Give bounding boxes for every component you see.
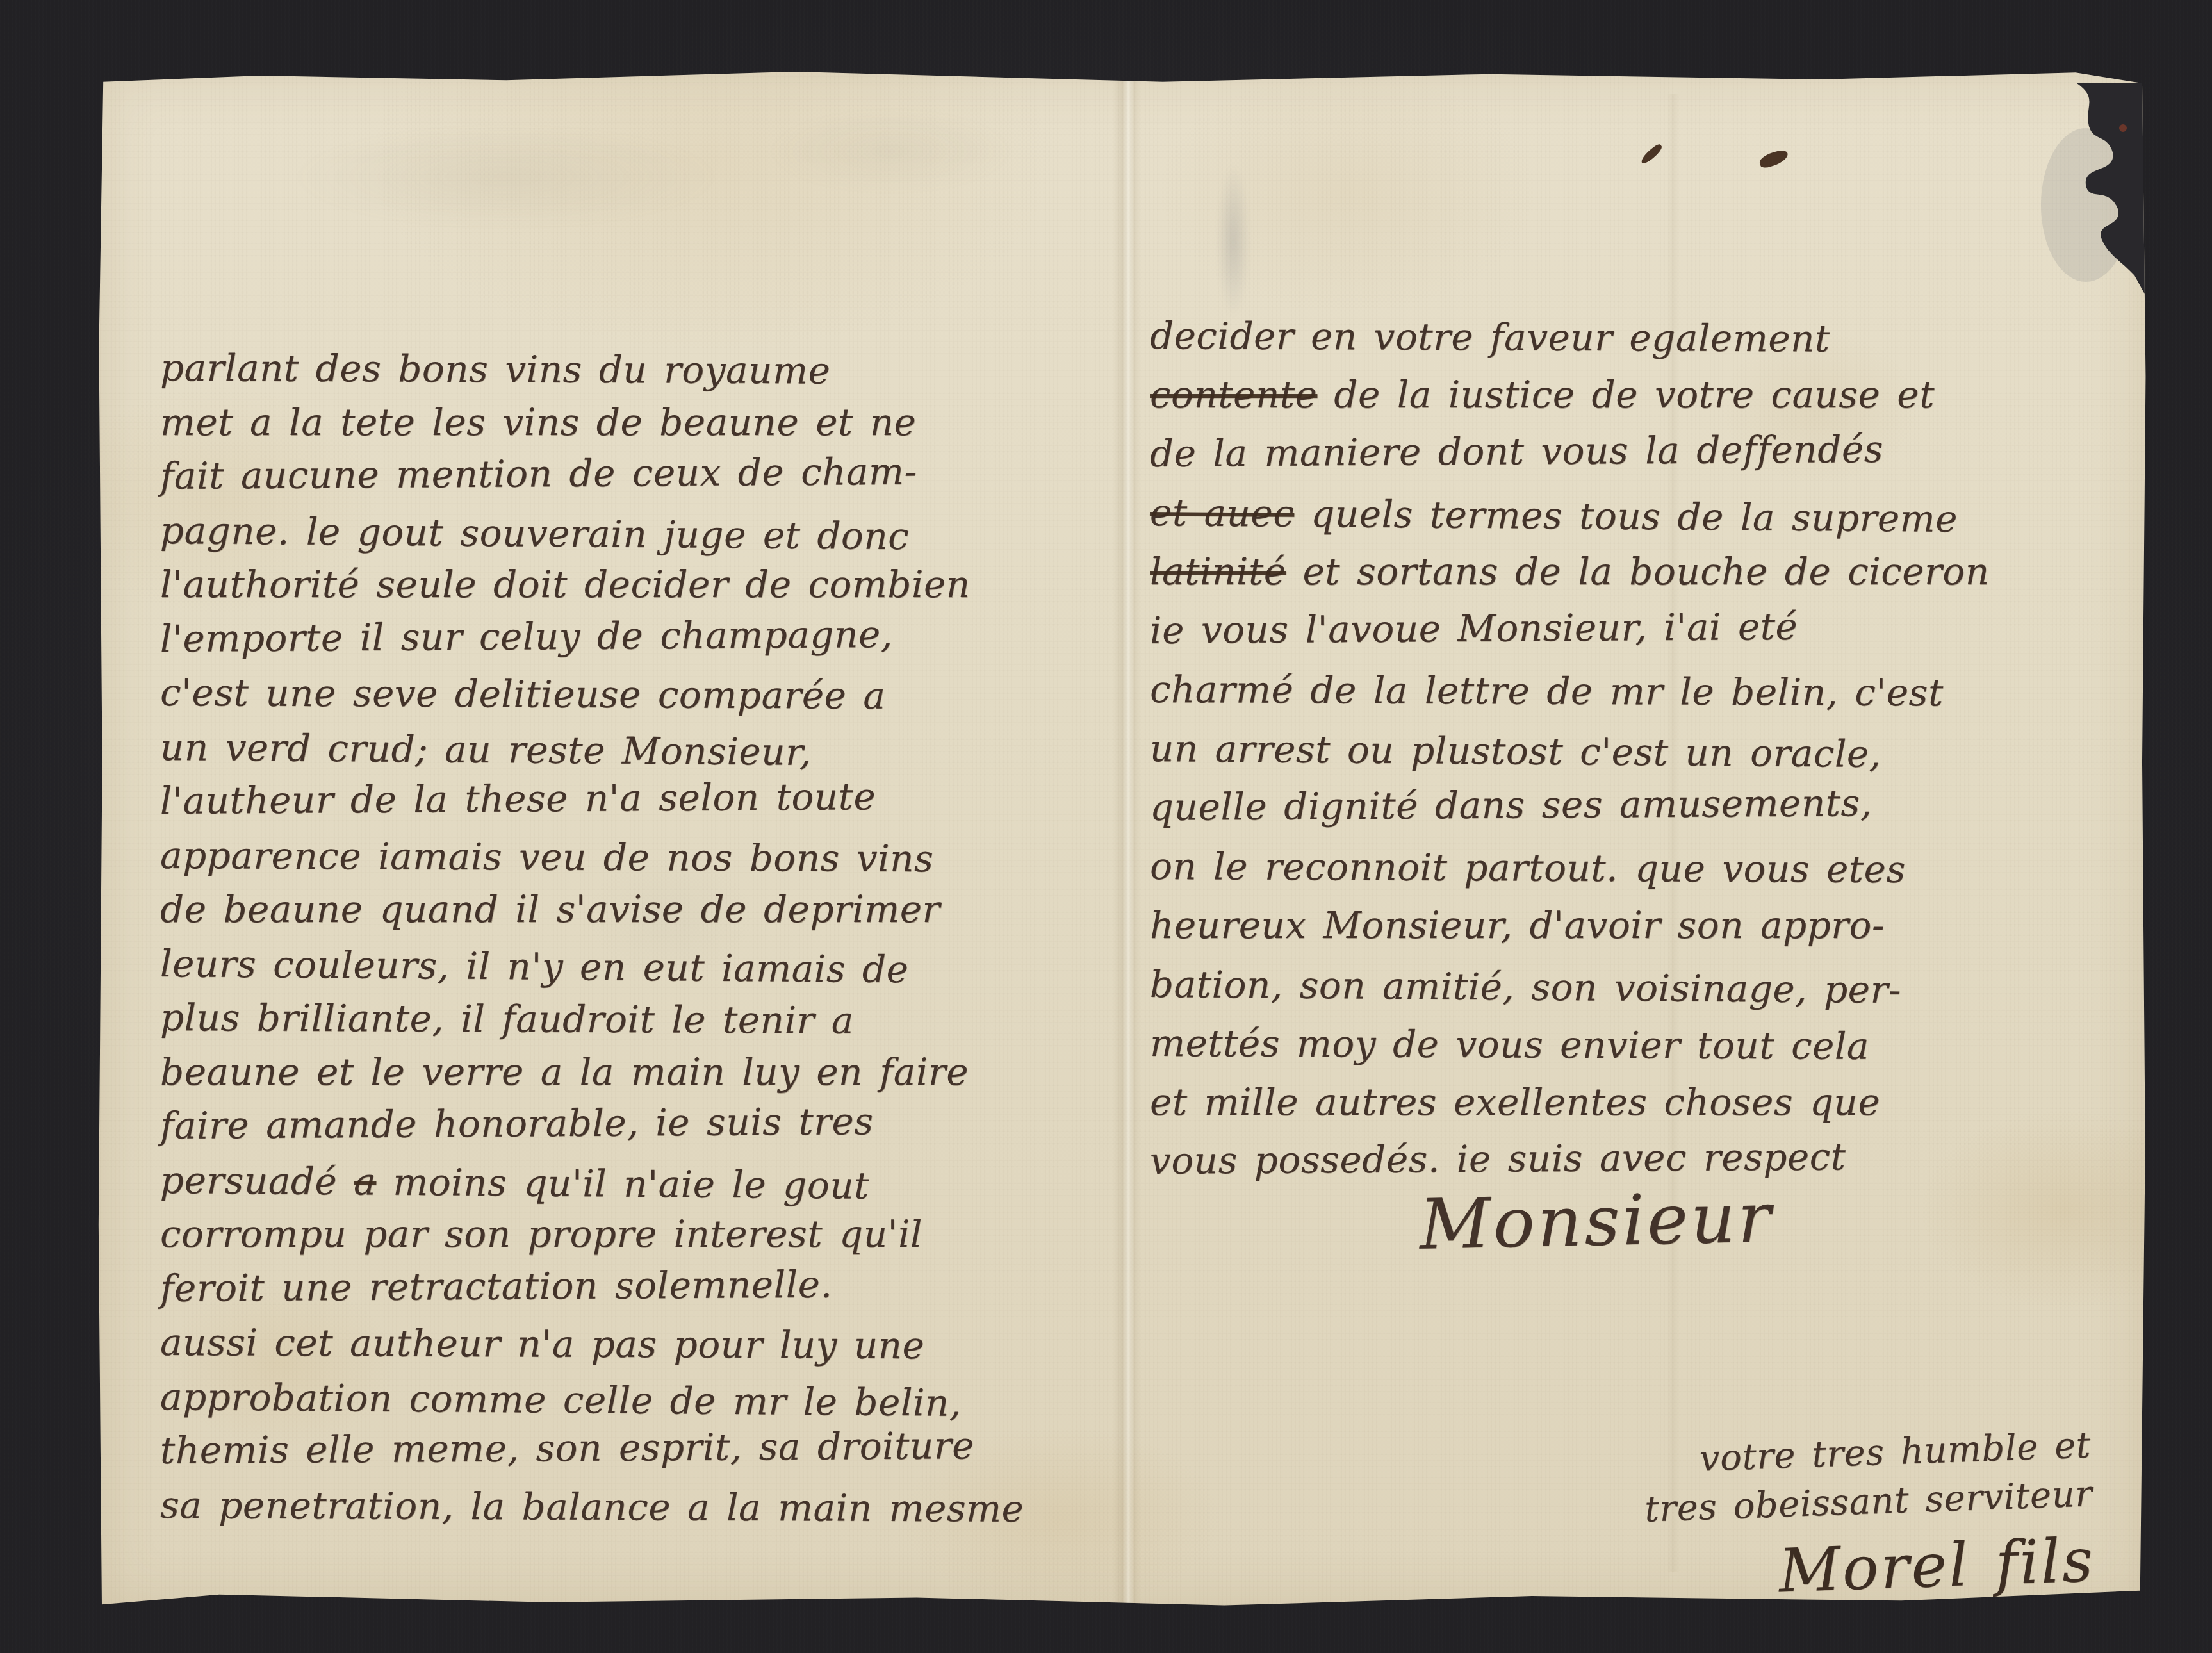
manuscript-line: charmé de la lettre de mr le belin, c'es… (1150, 660, 2130, 723)
manuscript-line: latinité et sortans de la bouche de cice… (1150, 542, 2130, 601)
manuscript-line: met a la tete les vins de beaune et ne (160, 395, 1121, 450)
manuscript-line: plus brilliante, il faudroit le tenir a (160, 991, 1121, 1049)
manuscript-line: c'est une seve delitieuse comparée a (160, 666, 1121, 724)
struck-word: latinité (1150, 550, 1286, 593)
manuscript-line: l'authorité seule doit decider de combie… (160, 557, 1121, 612)
manuscript-line: beaune et le verre a la main luy en fair… (160, 1045, 1121, 1099)
manuscript-line: bation, son amitié, son voisinage, per- (1150, 955, 2131, 1021)
manuscript-line: persuadé a moins qu'il n'aie le gout (160, 1153, 1122, 1215)
manuscript-line: l'emporte il sur celuy de champagne, (160, 605, 1121, 666)
manuscript-line: sa penetration, la balance a la main mes… (160, 1478, 1121, 1536)
manuscript-line: aussi cet autheur n'a pas pour luy une (160, 1315, 1121, 1374)
manuscript-line: contente de la iustice de votre cause et (1150, 365, 2130, 424)
manuscript-line: de beaune quand il s'avise de deprimer (160, 882, 1121, 937)
right-page-text: decider en votre faveur egalementcontent… (1150, 306, 2130, 1190)
ink-showthrough-smudge (724, 94, 1057, 209)
closing-block: votre tres humble et tres obeissant serv… (1514, 1421, 2097, 1638)
manuscript-line: leurs couleurs, il n'y en eut iamais de (160, 937, 1122, 998)
salutation: Monsieur (1419, 1178, 1774, 1265)
manuscript-line: parlant des bons vins du royaume (160, 341, 1121, 399)
manuscript-line: et auec quels termes tous de la supreme (1150, 483, 2131, 550)
manuscript-line: heureux Monsieur, d'avoir son appro- (1150, 896, 2130, 955)
manuscript-line: decider en votre faveur egalement (1150, 306, 2130, 370)
ink-speck (1758, 148, 1790, 169)
manuscript-line: fait aucune mention de ceux de cham- (160, 443, 1121, 504)
gray-smudge (1212, 138, 1254, 343)
manuscript-line: de la maniere dont vous la deffendés (1150, 418, 2131, 483)
torn-corner (2027, 83, 2149, 301)
struck-word: contente (1150, 373, 1317, 416)
manuscript-line: corrompu par son propre interest qu'il (160, 1207, 1121, 1262)
struck-word: et auec (1150, 491, 1295, 536)
manuscript-line: et mille autres exellentes choses que (1150, 1073, 2130, 1131)
manuscript-line: themis elle meme, son esprit, sa droitur… (160, 1418, 1121, 1478)
manuscript-line: mettés moy de vous envier tout cela (1150, 1014, 2130, 1077)
manuscript-line: l'autheur de la these n'a selon toute (160, 768, 1121, 828)
manuscript-line: ie vous l'avoue Monsieur, i'ai eté (1150, 595, 2131, 660)
left-page-text: parlant des bons vins du royaumemet a la… (160, 341, 1121, 1532)
struck-word: a (354, 1160, 377, 1203)
letter-sheet: parlant des bons vins du royaumemet a la… (96, 68, 2147, 1611)
ink-speck (1639, 143, 1664, 165)
manuscript-line: apparence iamais veu de nos bons vins (160, 828, 1121, 887)
manuscript-line: on le reconnoit partout. que vous etes (1150, 837, 2130, 900)
manuscript-line: faire amande honorable, ie suis tres (160, 1093, 1121, 1153)
photo-background: parlant des bons vins du royaumemet a la… (0, 0, 2212, 1653)
manuscript-line: quelle dignité dans ses amusements, (1150, 772, 2131, 837)
signature: Morel fils (1517, 1522, 2096, 1619)
ink-showthrough-smudge (218, 106, 794, 247)
manuscript-line: pagne. le gout souverain juge et donc (160, 504, 1122, 565)
manuscript-line: feroit une retractation solemnelle. (160, 1255, 1121, 1315)
